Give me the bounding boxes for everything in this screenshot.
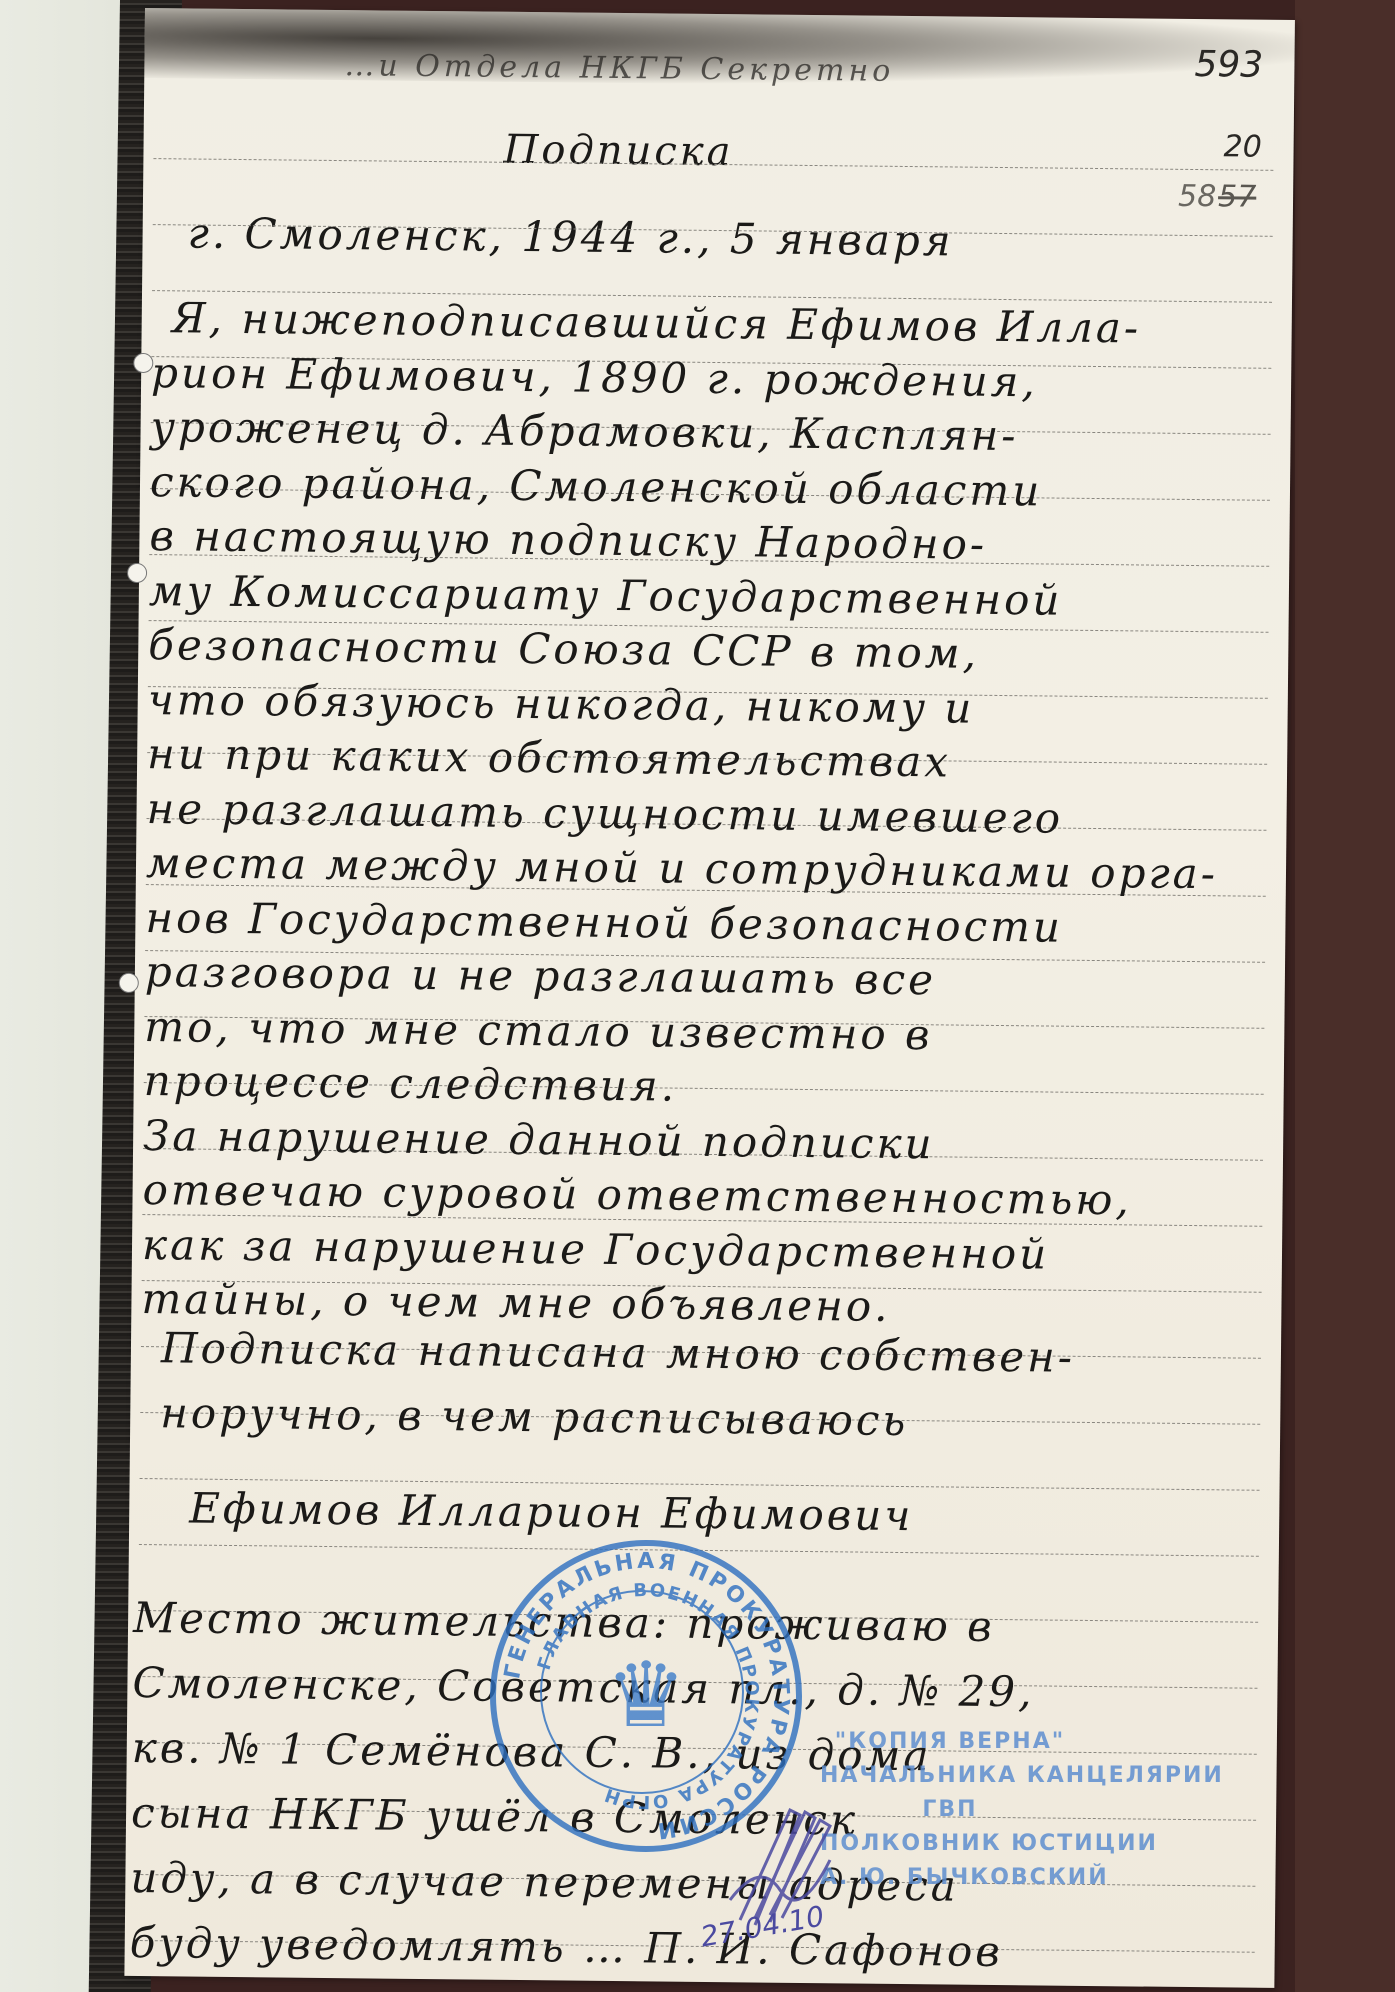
double-headed-eagle-icon: ♛: [596, 1641, 696, 1751]
closing-line-2: норучно, в чем расписываюсь: [160, 1388, 909, 1445]
body-line: ни при каких обстоятельствах: [147, 729, 951, 786]
body-line: ского района, Смоленской области: [150, 457, 1043, 515]
body-line: Я, нижеподписавшийся Ефимов Илла-: [172, 293, 1142, 352]
body-line: му Комиссариату Государственной: [149, 566, 1063, 625]
body-line: разговора и не разглашать все: [145, 947, 937, 1004]
body-line: отвечаю суровой ответственностью,: [142, 1165, 1132, 1224]
body-line: нов Государственной безопасности: [145, 893, 1063, 952]
body-line: что обязуюсь никогда, никому и: [148, 675, 975, 733]
body-line: За нарушение данной подписки: [143, 1111, 935, 1168]
sheet-number: 593: [1194, 44, 1263, 86]
punch-hole: [119, 973, 139, 993]
punch-hole: [133, 353, 153, 373]
side-number-top: 20: [1223, 129, 1262, 164]
residence-line: буду уведомлять … П. И. Сафонов: [129, 1918, 1003, 1976]
table-surface: [1295, 0, 1395, 1992]
document-title: Подписка: [503, 127, 733, 175]
body-line: как за нарушение Государственной: [142, 1220, 1050, 1278]
closing-line-1: Подписка написана мною собствен-: [161, 1323, 1076, 1382]
place-date: г. Смоленск, 1944 г., 5 января: [187, 208, 953, 265]
punch-hole: [127, 563, 147, 583]
cert-line: НАЧАЛЬНИКА КАНЦЕЛЯРИИ: [820, 1759, 1080, 1793]
side-number-struck: 57: [1218, 179, 1257, 214]
body-line: то, что мне стало известно в: [144, 1002, 933, 1059]
body-line: тайны, о чем мне объявлено.: [141, 1274, 891, 1331]
body-line: уроженец д. Абрамовки, Касплян-: [150, 402, 1018, 460]
cert-line: "КОПИЯ ВЕРНА": [820, 1725, 1080, 1759]
body-line: безопасности Союза ССР в том,: [148, 620, 979, 678]
signature: Ефимов Илларион Ефимович: [189, 1484, 914, 1541]
body-line: не разглашать сущности имевшего: [146, 784, 1063, 843]
body-line: в настоящую подписку Народно-: [149, 511, 987, 569]
body-line: места между мной и сотрудниками орга-: [146, 838, 1218, 898]
body-line: процессе следствия.: [144, 1056, 678, 1111]
side-number-bottom-left: 58: [1178, 179, 1217, 214]
archive-header: …и Отдела НКГБ Секретно: [344, 48, 894, 89]
body-line: рион Ефимович, 1890 г. рождения,: [151, 348, 1038, 406]
